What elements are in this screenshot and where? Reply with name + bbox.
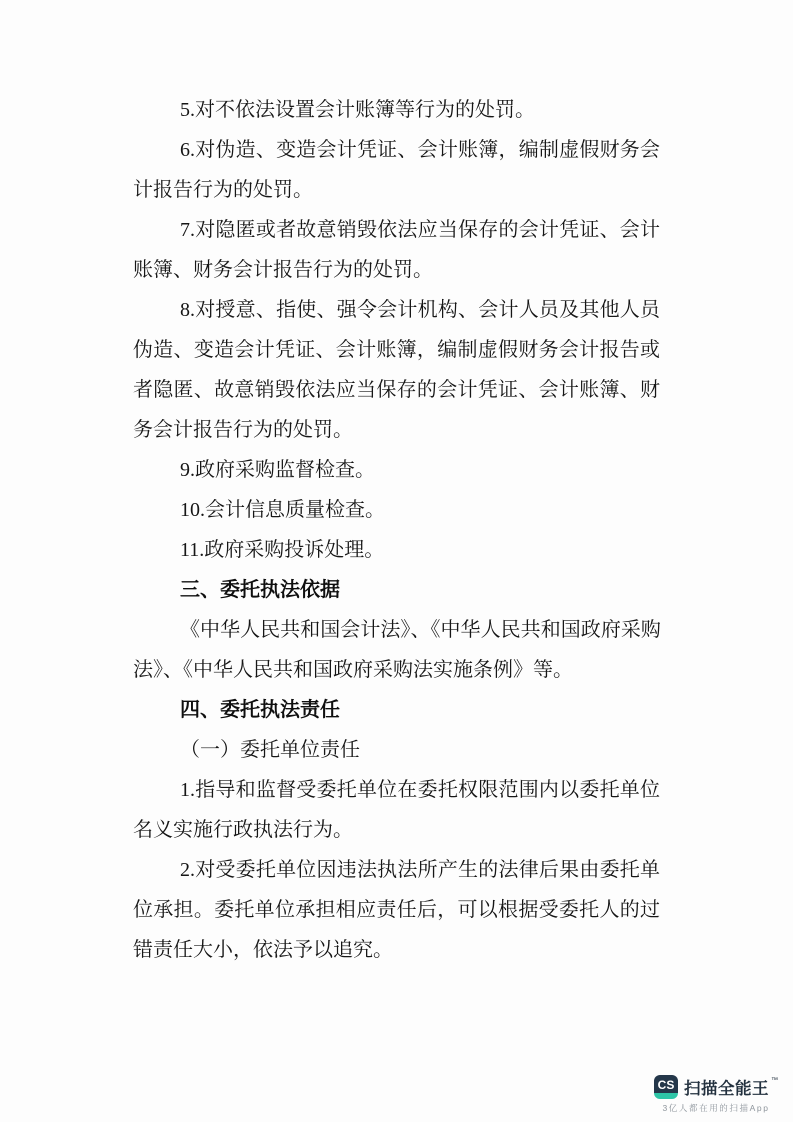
scanned-page: 5.对不依法设置会计账簿等行为的处罚。6.对伪造、变造会计凭证、会计账簿，编制虚… [0,0,793,1122]
text-line: 《中华人民共和国会计法》、《中华人民共和国政府采购 [133,610,660,650]
camscanner-cs-icon: CS [654,1075,678,1099]
text-line: 务会计报告行为的处罚。 [133,410,660,450]
text-line: 四、委托执法责任 [133,690,660,730]
text-line: （一）委托单位责任 [133,730,660,770]
text-line: 7.对隐匿或者故意销毁依法应当保存的会计凭证、会计 [133,210,660,250]
text-line: 8.对授意、指使、强令会计机构、会计人员及其他人员 [133,290,660,330]
camscanner-tagline: 3亿人都在用的扫描App [656,1102,776,1114]
camscanner-brand-text: 扫描全能王 [684,1075,769,1099]
text-line: 者隐匿、故意销毁依法应当保存的会计凭证、会计账簿、财 [133,370,660,410]
camscanner-logo: CS 扫描全能王 ™ [656,1075,776,1099]
text-line: 9.政府采购监督检查。 [133,450,660,490]
text-line: 6.对伪造、变造会计凭证、会计账簿，编制虚假财务会 [133,130,660,170]
trademark-mark: ™ [771,1077,778,1084]
text-line: 账簿、财务会计报告行为的处罚。 [133,250,660,290]
text-line: 10.会计信息质量检查。 [133,490,660,530]
text-line: 错责任大小，依法予以追究。 [133,930,660,970]
document-text: 5.对不依法设置会计账簿等行为的处罚。6.对伪造、变造会计凭证、会计账簿，编制虚… [133,90,660,970]
text-line: 2.对受委托单位因违法执法所产生的法律后果由委托单 [133,850,660,890]
text-line: 5.对不依法设置会计账簿等行为的处罚。 [133,90,660,130]
text-line: 11.政府采购投诉处理。 [133,530,660,570]
text-line: 名义实施行政执法行为。 [133,810,660,850]
text-line: 1.指导和监督受委托单位在委托权限范围内以委托单位 [133,770,660,810]
text-line: 位承担。委托单位承担相应责任后，可以根据受委托人的过 [133,890,660,930]
text-line: 伪造、变造会计凭证、会计账簿，编制虚假财务会计报告或 [133,330,660,370]
text-line: 法》、《中华人民共和国政府采购法实施条例》等。 [133,650,660,690]
text-line: 计报告行为的处罚。 [133,170,660,210]
text-line: 三、委托执法依据 [133,570,660,610]
camscanner-watermark: CS 扫描全能王 ™ 3亿人都在用的扫描App [656,1075,776,1114]
